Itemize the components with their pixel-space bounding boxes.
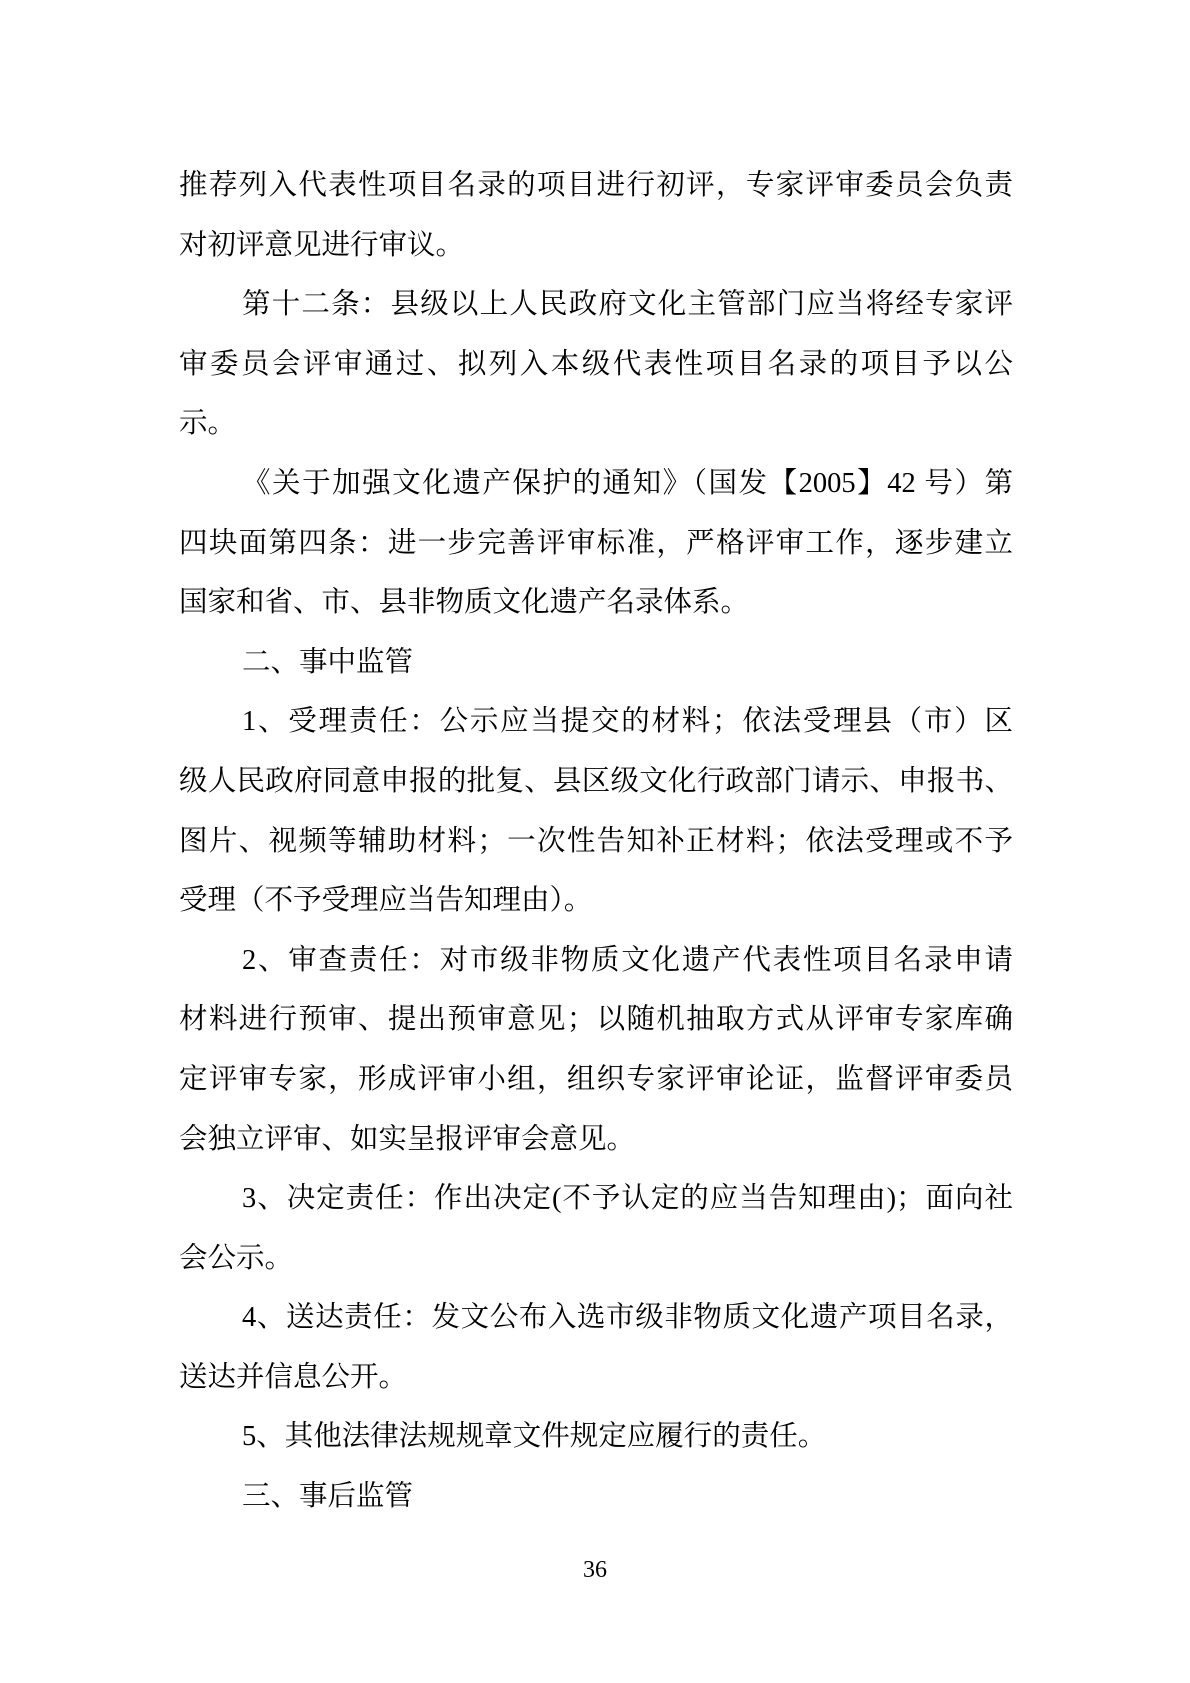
text-line: 定评审专家，形成评审小组，组织专家评审论证，监督评审委员 <box>179 1050 1013 1110</box>
text-line: 四块面第四条：进一步完善评审标准，严格评审工作，逐步建立 <box>179 514 1013 574</box>
text-body: 推荐列入代表性项目名录的项目进行初评，专家评审委员会负责对初评意见进行审议。第十… <box>179 156 1013 1527</box>
text-line: 会公示。 <box>179 1229 1013 1289</box>
text-line: 三、事后监管 <box>179 1467 1013 1527</box>
text-line: 送达并信息公开。 <box>179 1348 1013 1408</box>
text-line: 级人民政府同意申报的批复、县区级文化行政部门请示、申报书、 <box>179 752 1013 812</box>
text-line: 受理（不予受理应当告知理由）。 <box>179 871 1013 931</box>
text-line: 会独立评审、如实呈报评审会意见。 <box>179 1110 1013 1170</box>
text-line: 《关于加强文化遗产保护的通知》（国发【2005】42 号）第 <box>179 454 1013 514</box>
text-line: 1、受理责任：公示应当提交的材料；依法受理县（市）区 <box>179 692 1013 752</box>
text-line: 对初评意见进行审议。 <box>179 216 1013 276</box>
text-line: 图片、视频等辅助材料；一次性告知补正材料；依法受理或不予 <box>179 812 1013 872</box>
text-line: 第十二条：县级以上人民政府文化主管部门应当将经专家评 <box>179 275 1013 335</box>
document-page: 推荐列入代表性项目名录的项目进行初评，专家评审委员会负责对初评意见进行审议。第十… <box>0 0 1190 1683</box>
text-line: 国家和省、市、县非物质文化遗产名录体系。 <box>179 573 1013 633</box>
text-line: 二、事中监管 <box>179 633 1013 693</box>
text-line: 审委员会评审通过、拟列入本级代表性项目名录的项目予以公 <box>179 335 1013 395</box>
text-line: 2、审查责任：对市级非物质文化遗产代表性项目名录申请 <box>179 931 1013 991</box>
text-line: 示。 <box>179 394 1013 454</box>
text-line: 4、送达责任：发文公布入选市级非物质文化遗产项目名录， <box>179 1288 1013 1348</box>
page-number: 36 <box>0 1556 1190 1584</box>
text-line: 材料进行预审、提出预审意见；以随机抽取方式从评审专家库确 <box>179 990 1013 1050</box>
text-line: 5、其他法律法规规章文件规定应履行的责任。 <box>179 1407 1013 1467</box>
text-line: 3、决定责任：作出决定(不予认定的应当告知理由)；面向社 <box>179 1169 1013 1229</box>
text-line: 推荐列入代表性项目名录的项目进行初评，专家评审委员会负责 <box>179 156 1013 216</box>
